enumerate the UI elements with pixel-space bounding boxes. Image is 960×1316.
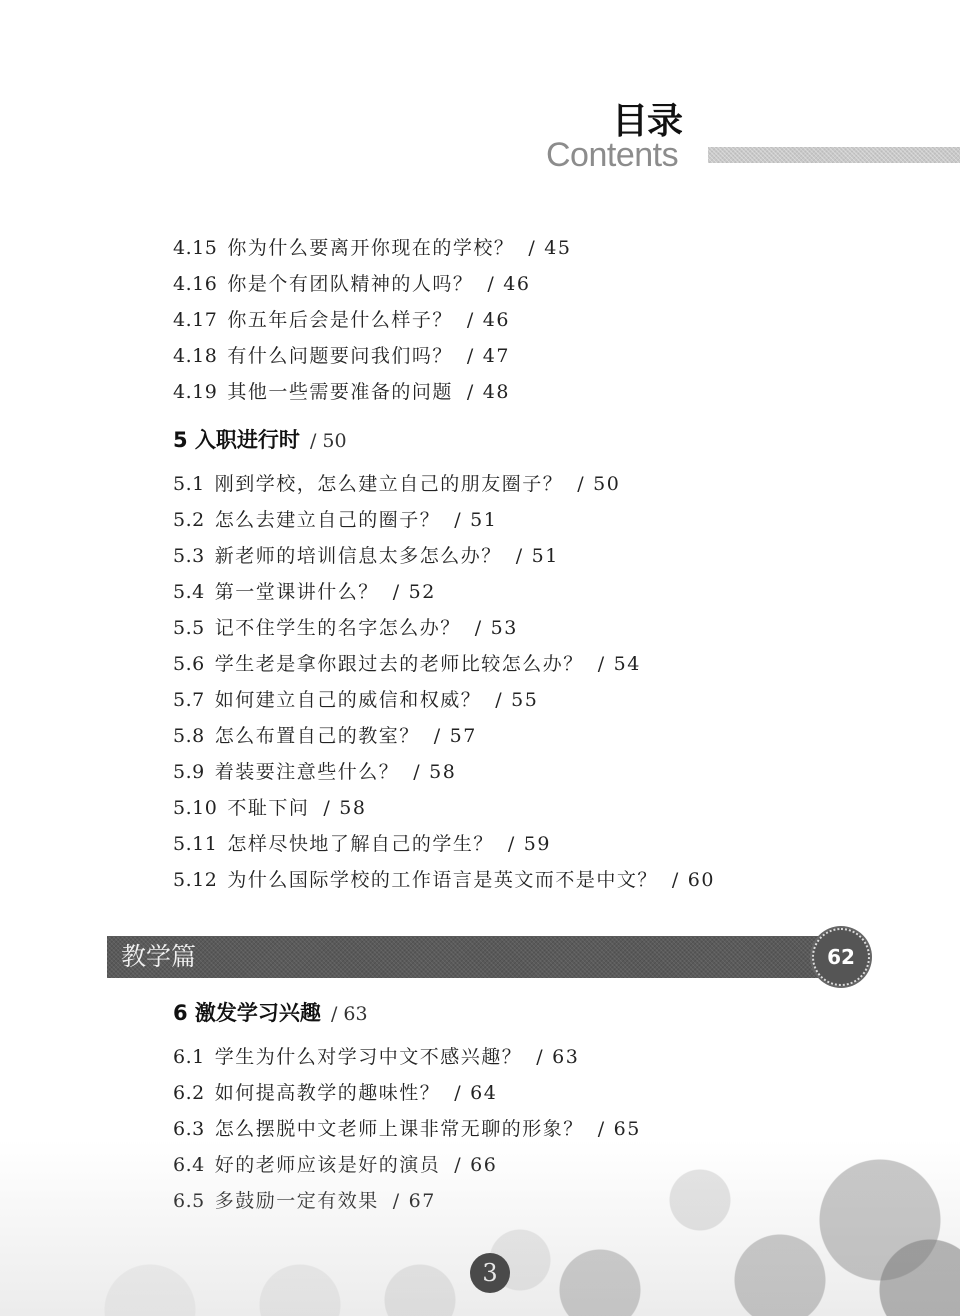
entry-title: 学生老是拿你跟过去的老师比较怎么办？: [215, 653, 584, 675]
title-decorative-rule: [708, 147, 960, 163]
entry-page: 63: [552, 1046, 579, 1068]
entry-title: 学生为什么对学习中文不感兴趣？: [215, 1046, 523, 1068]
entry-page: 51: [532, 545, 559, 567]
entry-title: 有什么问题要问我们吗？: [227, 345, 453, 367]
toc-entry[interactable]: 6.2如何提高教学的趣味性？/64: [173, 1081, 497, 1105]
toc-entry[interactable]: 5.9着装要注意些什么？/58: [173, 760, 456, 784]
page-number-badge: 3: [470, 1253, 510, 1293]
chapter-heading-5[interactable]: 5 入职进行时/ 50: [173, 426, 347, 456]
chapter-page: / 63: [331, 1003, 368, 1025]
entry-page: 64: [470, 1082, 497, 1104]
entry-title: 第一堂课讲什么？: [215, 581, 379, 603]
toc-entry[interactable]: 5.2怎么去建立自己的圈子？/51: [173, 508, 497, 532]
toc-entry[interactable]: 5.8怎么布置自己的教室？/57: [173, 724, 477, 748]
toc-entry[interactable]: 5.1刚到学校，怎么建立自己的朋友圈子？/50: [173, 472, 620, 496]
entry-title: 怎么去建立自己的圈子？: [215, 509, 441, 531]
chapter-title: 6 激发学习兴趣: [173, 1001, 321, 1025]
entry-page: 57: [450, 725, 477, 747]
entry-page: 51: [470, 509, 497, 531]
entry-page: 48: [483, 381, 510, 403]
toc-entry[interactable]: 6.3怎么摆脱中文老师上课非常无聊的形象？/65: [173, 1117, 641, 1141]
entry-page: 54: [614, 653, 641, 675]
chapter-heading-6[interactable]: 6 激发学习兴趣/ 63: [173, 999, 368, 1029]
toc-entry[interactable]: 4.17你五年后会是什么样子？/46: [173, 308, 510, 332]
entry-page: 58: [339, 797, 366, 819]
toc-entry[interactable]: 5.5记不住学生的名字怎么办？/53: [173, 616, 518, 640]
entry-title: 为什么国际学校的工作语言是英文而不是中文？: [227, 869, 658, 891]
entry-page: 52: [409, 581, 436, 603]
entry-title: 刚到学校，怎么建立自己的朋友圈子？: [215, 473, 564, 495]
section-page-number: 62: [827, 945, 855, 969]
entry-page: 55: [511, 689, 538, 711]
toc-entry[interactable]: 5.3新老师的培训信息太多怎么办？/51: [173, 544, 559, 568]
section-title: 教学篇: [121, 941, 196, 973]
toc-entry[interactable]: 4.16你是个有团队精神的人吗？/46: [173, 272, 530, 296]
toc-entry[interactable]: 4.19其他一些需要准备的问题/48: [173, 380, 510, 404]
toc-entry[interactable]: 5.4第一堂课讲什么？/52: [173, 580, 436, 604]
entry-title: 新老师的培训信息太多怎么办？: [215, 545, 502, 567]
entry-title: 记不住学生的名字怎么办？: [215, 617, 461, 639]
toc-entry[interactable]: 5.12为什么国际学校的工作语言是英文而不是中文？/60: [173, 868, 715, 892]
toc-entry[interactable]: 4.18有什么问题要问我们吗？/47: [173, 344, 510, 368]
entry-title: 不耻下问: [227, 797, 309, 819]
entry-page: 58: [429, 761, 456, 783]
toc-entry[interactable]: 5.6学生老是拿你跟过去的老师比较怎么办？/54: [173, 652, 641, 676]
entry-title: 如何提高教学的趣味性？: [215, 1082, 441, 1104]
entry-title: 怎样尽快地了解自己的学生？: [227, 833, 494, 855]
entry-page: 50: [593, 473, 620, 495]
entry-title: 你是个有团队精神的人吗？: [227, 273, 473, 295]
toc-entry[interactable]: 5.10不耻下问/58: [173, 796, 366, 820]
toc-entry[interactable]: 5.7如何建立自己的威信和权威？/55: [173, 688, 538, 712]
entry-page: 60: [688, 869, 715, 891]
entry-title: 你为什么要离开你现在的学校？: [227, 237, 514, 259]
entry-page: 46: [483, 309, 510, 331]
entry-page: 59: [524, 833, 551, 855]
toc-entry[interactable]: 5.11怎样尽快地了解自己的学生？/59: [173, 832, 551, 856]
entry-page: 45: [544, 237, 571, 259]
entry-page: 46: [503, 273, 530, 295]
chapter-title: 5 入职进行时: [173, 428, 300, 452]
entry-title: 怎么摆脱中文老师上课非常无聊的形象？: [215, 1118, 584, 1140]
toc-entry[interactable]: 4.15你为什么要离开你现在的学校？/45: [173, 236, 571, 260]
entry-title: 你五年后会是什么样子？: [227, 309, 453, 331]
entry-page: 53: [491, 617, 518, 639]
entry-title: 着装要注意些什么？: [215, 761, 400, 783]
section-banner[interactable]: 教学篇: [107, 936, 823, 978]
entry-page: 65: [614, 1118, 641, 1140]
entry-title: 怎么布置自己的教室？: [215, 725, 420, 747]
page-header: 目录 Contents: [0, 0, 960, 200]
toc-entry[interactable]: 6.1学生为什么对学习中文不感兴趣？/63: [173, 1045, 579, 1069]
section-page-badge: 62: [812, 928, 870, 986]
contents-title-english: Contents: [546, 136, 678, 174]
entry-title: 如何建立自己的威信和权威？: [215, 689, 482, 711]
entry-page: 47: [483, 345, 510, 367]
entry-title: 其他一些需要准备的问题: [227, 381, 453, 403]
chapter-page: / 50: [310, 430, 347, 452]
